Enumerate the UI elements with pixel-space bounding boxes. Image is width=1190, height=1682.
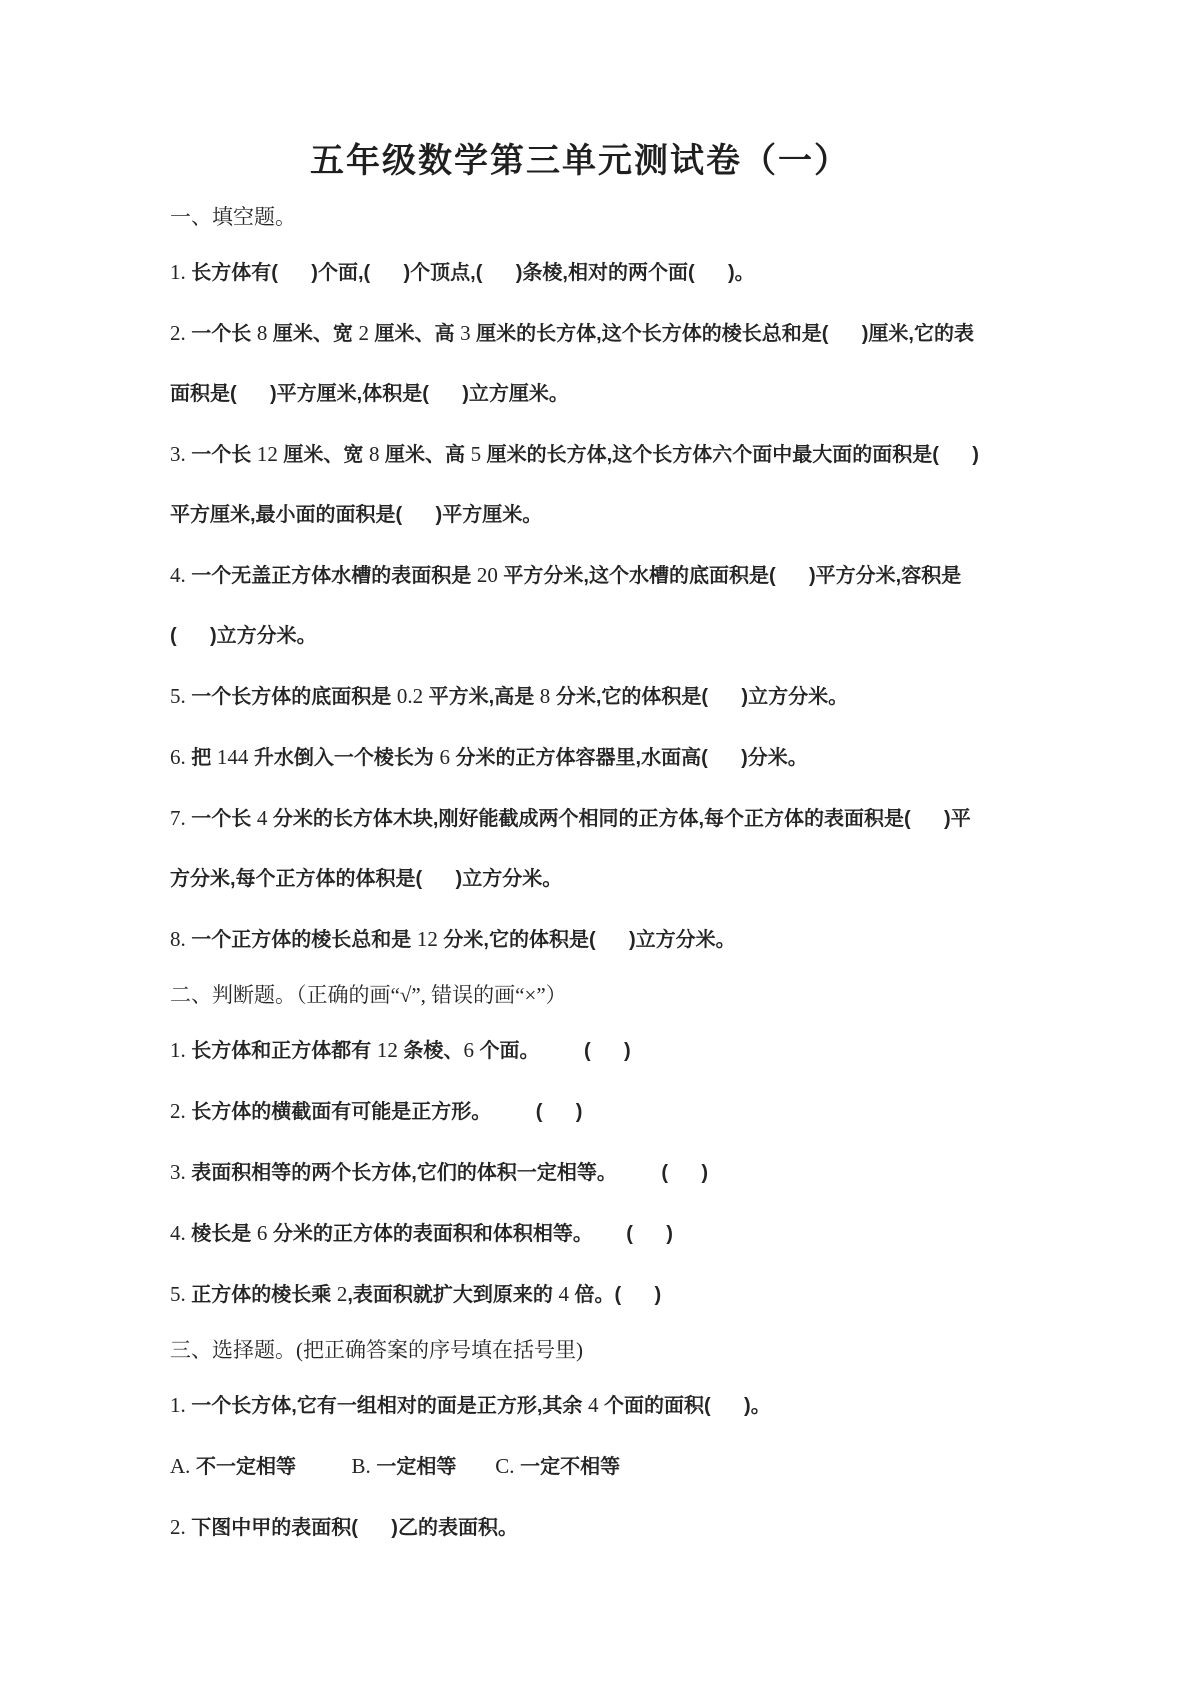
sections: 一、填空题。 1. 长方体有( )个面,( )个顶点,( )条棱,相对的两个面(… xyxy=(170,192,990,1558)
question-text: 1. 一个长方体,它有一组相对的面是正方形,其余 4 个面的面积( )。 xyxy=(170,1375,990,1436)
page-title: 五年级数学第三单元测试卷（一） xyxy=(170,142,990,182)
section-header: 三、选择题。(把正确答案的序号填在括号里) xyxy=(170,1325,990,1375)
question-text: 1. 长方体有( )个面,( )个顶点,( )条棱,相对的两个面( )。 xyxy=(170,242,990,303)
section-header: 二、判断题。（正确的画“√”, 错误的画“×”） xyxy=(170,970,990,1020)
question-text: 1. 长方体和正方体都有 12 条棱、6 个面。 ( ) xyxy=(170,1020,990,1081)
question-text: 8. 一个正方体的棱长总和是 12 分米,它的体积是( )立方分米。 xyxy=(170,909,990,970)
question-text: A. 不一定相等 B. 一定相等 C. 一定不相等 xyxy=(170,1436,990,1497)
question-text: 6. 把 144 升水倒入一个棱长为 6 分米的正方体容器里,水面高( )分米。 xyxy=(170,727,990,788)
section: 二、判断题。（正确的画“√”, 错误的画“×”） 1. 长方体和正方体都有 12… xyxy=(170,970,990,1325)
question-text: 5. 一个长方体的底面积是 0.2 平方米,高是 8 分米,它的体积是( )立方… xyxy=(170,666,990,727)
question-text: 3. 表面积相等的两个长方体,它们的体积一定相等。 ( ) xyxy=(170,1142,990,1203)
question-text: 4. 棱长是 6 分米的正方体的表面积和体积相等。 ( ) xyxy=(170,1203,990,1264)
question-text: 7. 一个长 4 分米的长方体木块,刚好能截成两个相同的正方体,每个正方体的表面… xyxy=(170,788,990,909)
question-text: 2. 长方体的横截面有可能是正方形。 ( ) xyxy=(170,1081,990,1142)
section-questions: 1. 一个长方体,它有一组相对的面是正方形,其余 4 个面的面积( )。 A. … xyxy=(170,1375,990,1558)
section-questions: 1. 长方体有( )个面,( )个顶点,( )条棱,相对的两个面( )。 2. … xyxy=(170,242,990,970)
section-questions: 1. 长方体和正方体都有 12 条棱、6 个面。 ( ) 2. 长方体的横截面有… xyxy=(170,1020,990,1325)
question-text: 4. 一个无盖正方体水槽的表面积是 20 平方分米,这个水槽的底面积是( )平方… xyxy=(170,545,990,666)
question-text: 5. 正方体的棱长乘 2,表面积就扩大到原来的 4 倍。( ) xyxy=(170,1264,990,1325)
question-text: 2. 下图中甲的表面积( )乙的表面积。 xyxy=(170,1497,990,1558)
section: 三、选择题。(把正确答案的序号填在括号里) 1. 一个长方体,它有一组相对的面是… xyxy=(170,1325,990,1558)
section-header: 一、填空题。 xyxy=(170,192,990,242)
question-text: 2. 一个长 8 厘米、宽 2 厘米、高 3 厘米的长方体,这个长方体的棱长总和… xyxy=(170,303,990,424)
section: 一、填空题。 1. 长方体有( )个面,( )个顶点,( )条棱,相对的两个面(… xyxy=(170,192,990,970)
test-paper-page: 五年级数学第三单元测试卷（一） 一、填空题。 1. 长方体有( )个面,( )个… xyxy=(0,0,1190,1682)
question-text: 3. 一个长 12 厘米、宽 8 厘米、高 5 厘米的长方体,这个长方体六个面中… xyxy=(170,424,990,545)
